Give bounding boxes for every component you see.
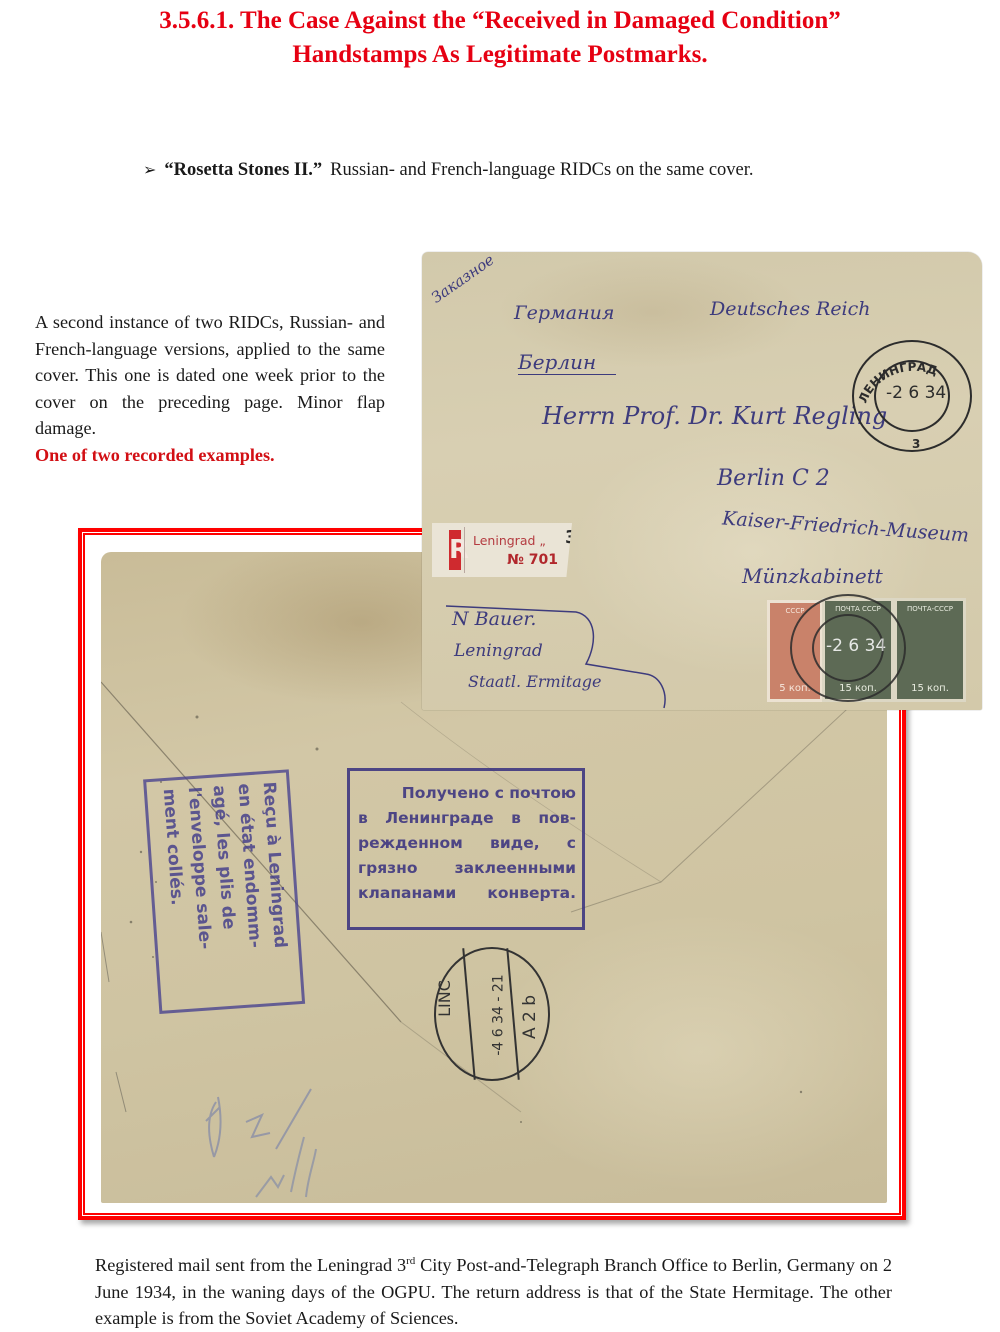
handwriting-addressee: Herrn Prof. Dr. Kurt Regling	[542, 402, 887, 430]
description-highlight: One of two recorded examples.	[35, 442, 385, 469]
subtitle-bold: “Rosetta Stones II.”	[164, 160, 322, 180]
ridc-russian-line: клапанами конверта.	[358, 881, 576, 906]
handwriting-country-de: Deutsches Reich	[710, 298, 871, 320]
ridc-russian-handstamp: Получено с почтою в Ленинграде в пов- ре…	[347, 768, 585, 930]
description-text: A second instance of two RIDCs, Russian-…	[35, 309, 385, 469]
handwriting-sender-name: N Bauer.	[452, 608, 536, 630]
cover-caption: Registered mail sent from the Leningrad …	[95, 1252, 892, 1332]
cover-front-image: Заказное Германия Берлин Deutsches Reich…	[422, 252, 982, 710]
registration-r-letter: R	[449, 530, 461, 570]
ordinal-suffix: rd	[406, 1255, 415, 1267]
ridc-russian-line: грязно заклеенными	[358, 856, 576, 881]
postmark-town: LINC	[435, 980, 454, 1017]
arrival-postmark: LINC -4 6 34 - 21 A 2 b	[434, 947, 550, 1081]
handwriting-sender-org: Staatl. Ermitage	[468, 672, 601, 691]
handwriting-department: Münzkabinett	[742, 564, 883, 588]
handwriting-registered: Заказное	[428, 252, 497, 307]
postmark-date: -4 6 34 - 21	[491, 974, 507, 1055]
stamp-cancel-postmark: -2 6 34	[790, 594, 906, 702]
handwriting-museum: Kaiser-Friedrich-Museum	[722, 507, 970, 546]
registration-number: № 701	[507, 552, 558, 568]
handwriting-city-ru: Берлин	[518, 350, 616, 375]
ridc-french-handstamp: Reçu à Leningrad en état endomm- agé, le…	[139, 769, 305, 1014]
section-subtitle: ➢“Rosetta Stones II.”Russian- and French…	[143, 157, 903, 184]
pencil-notes	[196, 1077, 356, 1203]
svg-text:ЛЕНИНГРАД: ЛЕНИНГРАД	[856, 360, 940, 405]
ridc-russian-line: Получено с почтою	[358, 781, 576, 806]
subtitle-text: Russian- and French-language RIDCs on th…	[330, 160, 753, 180]
arrow-bullet-icon: ➢	[143, 162, 156, 179]
ridc-russian-line: в Ленинграде в пов-	[358, 806, 576, 831]
registration-office-number: 3	[565, 527, 578, 548]
page-title-line-2: Handstamps As Legitimate Postmarks.	[0, 38, 1000, 72]
registration-quote: „	[539, 533, 545, 548]
postmark-code: A 2 b	[520, 995, 540, 1039]
handwriting-country-ru: Германия	[514, 302, 614, 324]
registration-label: R Leningrad „ 3 № 701	[432, 523, 572, 577]
handwriting-city-de: Berlin C 2	[717, 466, 830, 491]
page-title: 3.5.6.1. The Case Against the “Received …	[0, 4, 1000, 72]
ridc-russian-line: режденном виде, с	[358, 831, 576, 856]
postmark-office: 3	[912, 437, 920, 451]
page-title-line-1: 3.5.6.1. The Case Against the “Received …	[0, 4, 1000, 38]
registration-city: Leningrad	[473, 533, 535, 548]
postmark-town: ЛЕНИНГРАД	[856, 360, 940, 405]
leningrad-postmark: -2 6 34 ЛЕНИНГРАД 3	[852, 340, 972, 452]
description-body: A second instance of two RIDCs, Russian-…	[35, 312, 385, 438]
handwriting-sender-city: Leningrad	[454, 641, 543, 661]
